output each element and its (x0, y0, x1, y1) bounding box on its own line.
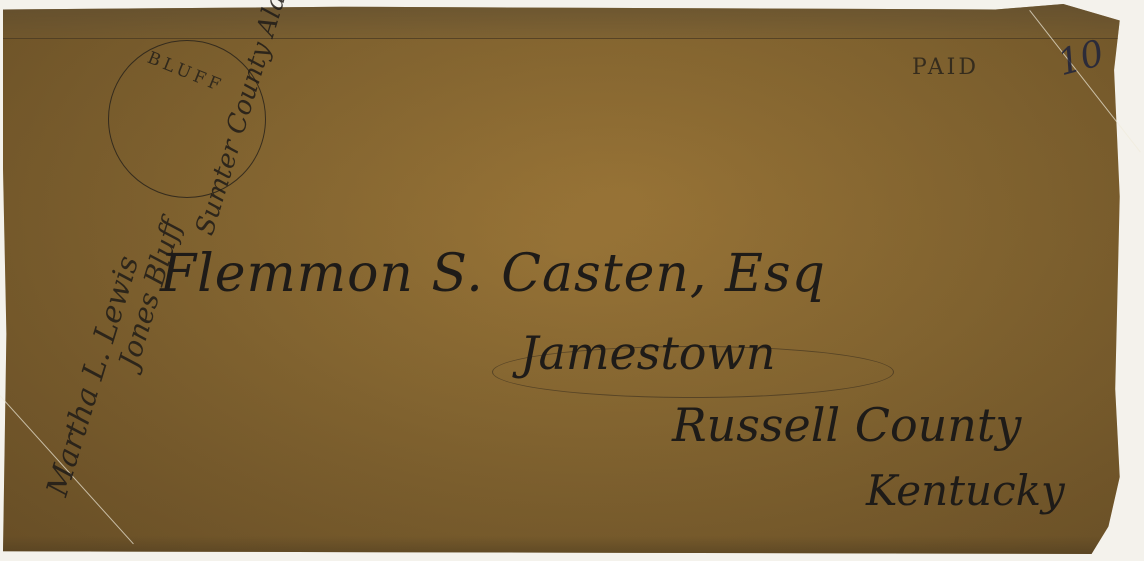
top-flap-fold (3, 4, 1131, 39)
address-name: Flemmon S. Casten, Esq (160, 244, 826, 304)
address-town: Jamestown (520, 326, 776, 380)
address-county: Russell County (672, 398, 1021, 452)
bottom-edge-shadow (3, 536, 1131, 554)
paid-handstamp: PAID (912, 55, 979, 80)
address-state: Kentucky (866, 466, 1065, 515)
